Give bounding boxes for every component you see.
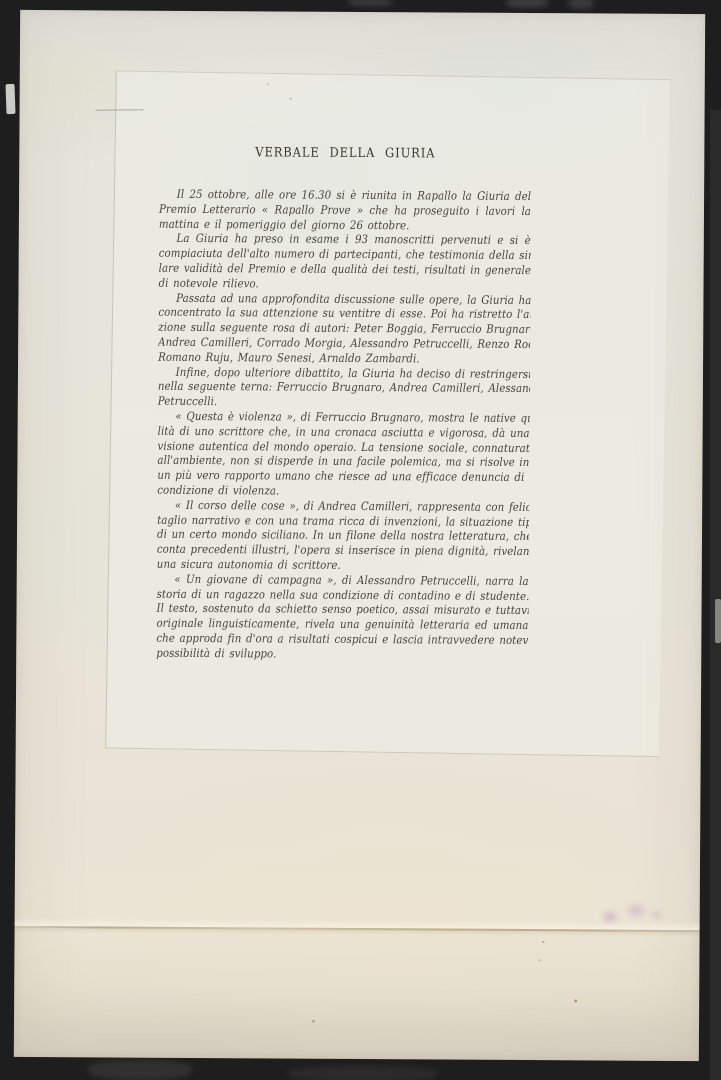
text-line: « Un giovane di campagna », di Alessandr… — [157, 571, 529, 588]
scanner-light-patch — [88, 1060, 192, 1080]
paper-speck — [267, 83, 269, 85]
text-line: Premio Letterario « Rapallo Prove » che … — [159, 202, 531, 219]
text-line: Romano Ruju, Mauro Senesi, Arnaldo Zamba… — [158, 350, 530, 367]
scanner-light-patch — [348, 0, 392, 6]
paper-sheet: VERBALE DELLA GIURIA Il 25 ottobre, alle… — [14, 10, 705, 1061]
underlying-page-edge — [5, 84, 15, 114]
document-body: VERBALE DELLA GIURIA Il 25 ottobre, alle… — [156, 145, 531, 663]
scanner-edge-glint — [715, 599, 721, 643]
text-line: « Il corso delle cose », di Andrea Camil… — [157, 497, 529, 514]
scanner-light-patch — [506, 0, 548, 7]
paper-speck — [538, 959, 540, 961]
scanner-light-patch — [288, 1066, 438, 1080]
document-title: VERBALE DELLA GIURIA — [159, 145, 531, 163]
text-line: di notevole rilievo. — [158, 276, 530, 293]
paper-speck — [574, 999, 577, 1002]
scanned-document-page: { "colors": { "backdrop": "#1e1e1e", "pa… — [0, 0, 721, 1080]
paper-speck — [312, 1020, 315, 1023]
text-line: possibilità di sviluppo. — [156, 645, 528, 662]
paper-speck — [290, 98, 292, 100]
scanner-light-patch — [568, 0, 594, 9]
paper-speck — [543, 941, 545, 943]
ink-stain — [583, 891, 675, 934]
text-line: lità di uno scrittore che, in una cronac… — [158, 424, 530, 441]
scanner-edge-band — [710, 110, 721, 1080]
